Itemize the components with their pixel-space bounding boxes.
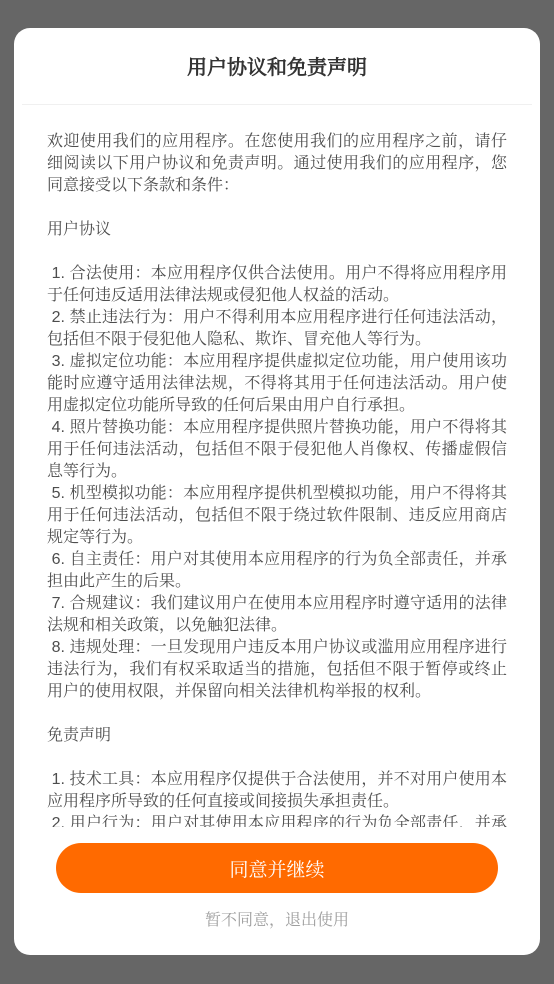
dialog-title: 用户协议和免责声明: [34, 56, 520, 80]
dim-overlay: 用户协议和免责声明 欢迎使用我们的应用程序。在您使用我们的应用程序之前，请仔细阅…: [0, 0, 554, 984]
agreement-dialog: 用户协议和免责声明 欢迎使用我们的应用程序。在您使用我们的应用程序之前，请仔细阅…: [14, 28, 540, 955]
intro-paragraph: 欢迎使用我们的应用程序。在您使用我们的应用程序之前，请仔细阅读以下用户协议和免责…: [47, 131, 507, 197]
agreement-scroll-area[interactable]: 欢迎使用我们的应用程序。在您使用我们的应用程序之前，请仔细阅读以下用户协议和免责…: [14, 105, 540, 827]
dialog-footer: 同意并继续 暂不同意，退出使用: [14, 827, 540, 955]
section-heading-disclaimer: 免责声明: [47, 725, 507, 747]
decline-exit-link[interactable]: 暂不同意，退出使用: [56, 911, 498, 931]
disclaimer-items: 1. 技术工具：本应用程序仅提供于合法使用，并不对用户使用本应用程序所导致的任何…: [47, 769, 507, 827]
agree-continue-button[interactable]: 同意并继续: [56, 843, 498, 893]
section-heading-user-agreement: 用户协议: [47, 219, 507, 241]
user-agreement-items: 1. 合法使用：本应用程序仅供合法使用。用户不得将应用程序用于任何违反适用法律法…: [47, 263, 507, 703]
dialog-header: 用户协议和免责声明: [14, 28, 540, 104]
